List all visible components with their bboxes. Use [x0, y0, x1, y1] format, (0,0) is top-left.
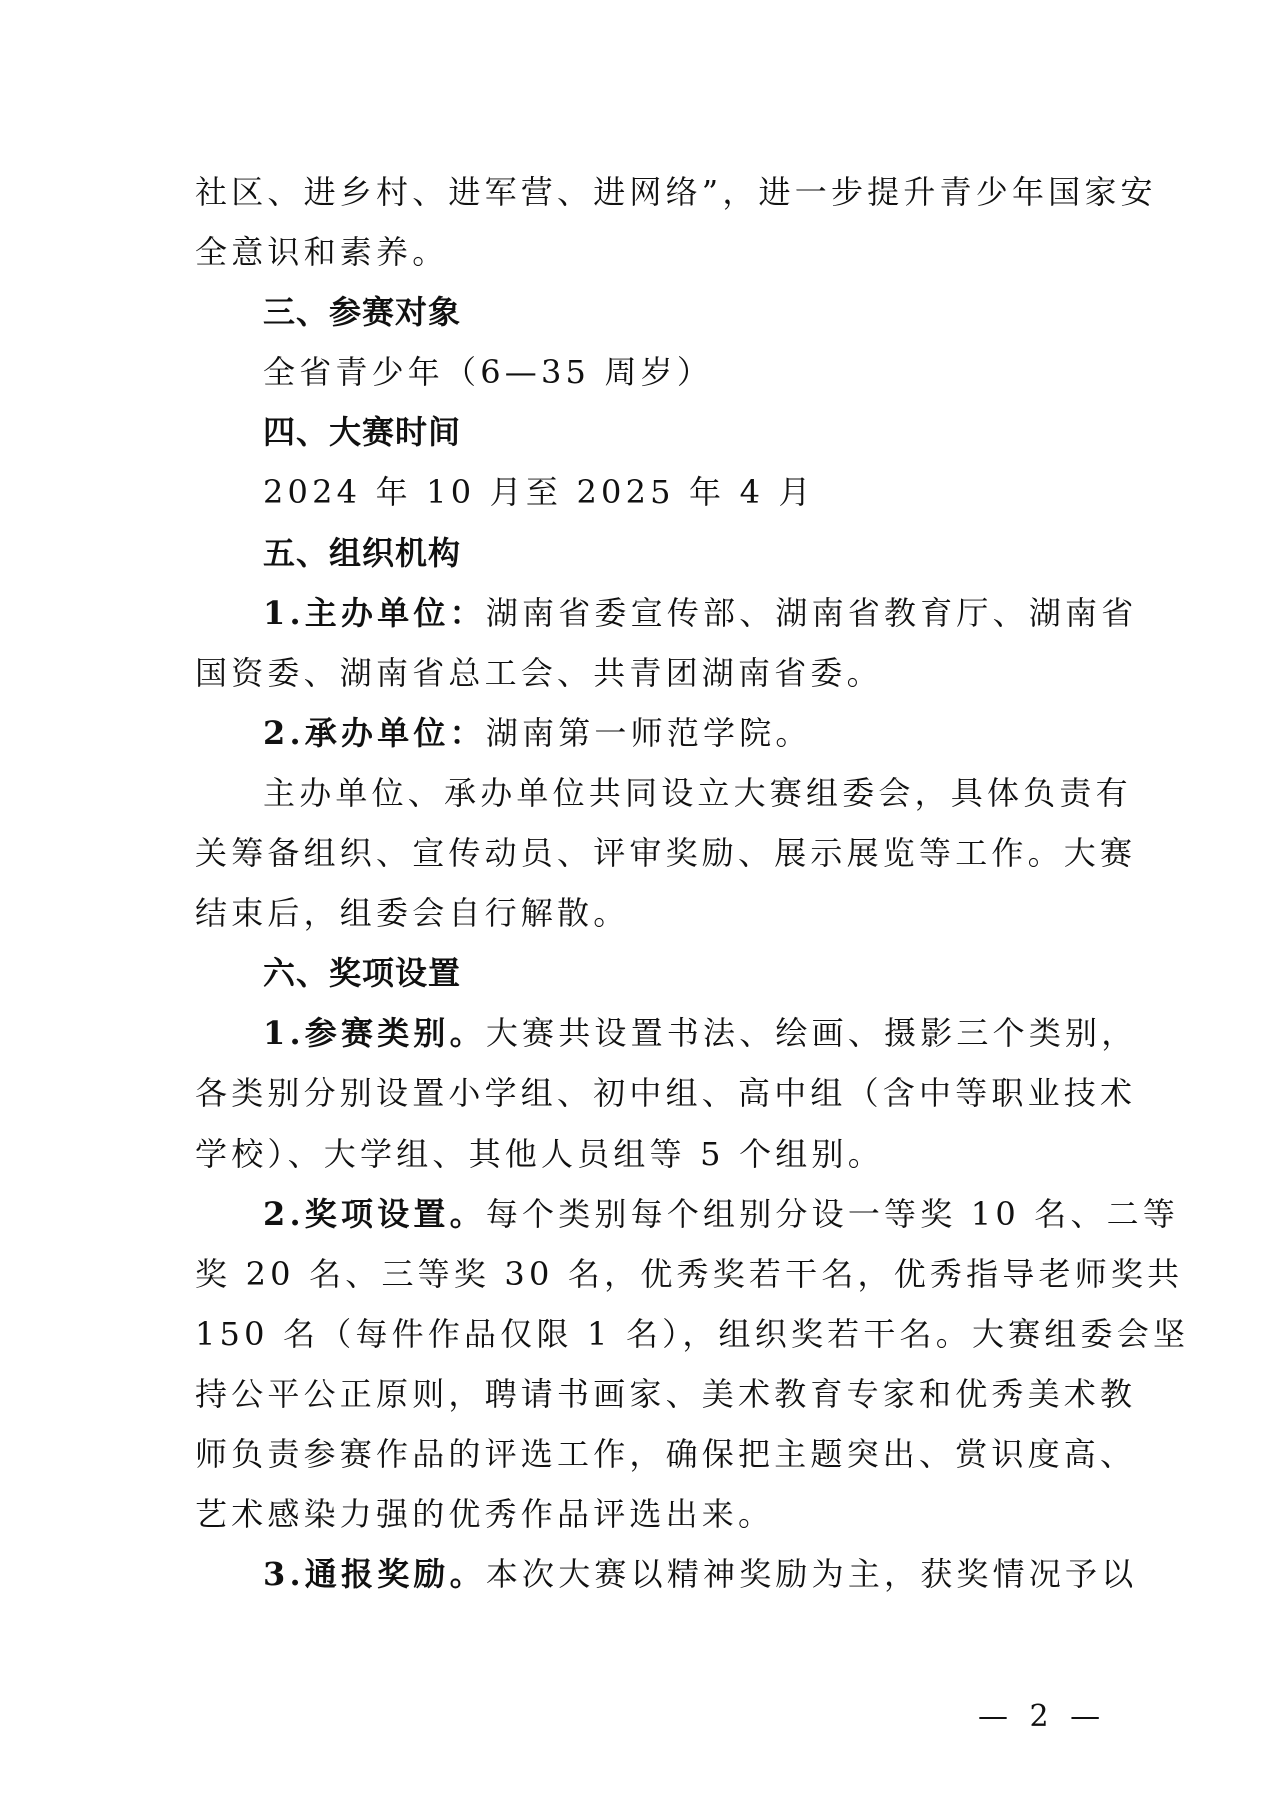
item-lead: 1.参赛类别。	[263, 1014, 486, 1052]
body-text: 2024 年 10 月至 2025 年 4 月	[263, 473, 815, 511]
document-page: 社区、进乡村、进军营、进网络”，进一步提升青少年国家安 全意识和素养。 三、参赛…	[195, 162, 1085, 1604]
body-text: 学校）、大学组、其他人员组等 5 个组别。	[195, 1135, 884, 1173]
body-text: 关筹备组织、宣传动员、评审奖励、展示展览等工作。大赛	[195, 834, 1136, 872]
body-text: 本次大赛以精神奖励为主，获奖情况予以	[486, 1555, 1138, 1593]
body-text: 各类别分别设置小学组、初中组、高中组（含中等职业技术	[195, 1074, 1136, 1112]
body-line: 学校）、大学组、其他人员组等 5 个组别。	[195, 1124, 1085, 1184]
body-line: 关筹备组织、宣传动员、评审奖励、展示展览等工作。大赛	[195, 823, 1085, 883]
body-line: 师负责参赛作品的评选工作，确保把主题突出、赏识度高、	[195, 1424, 1085, 1484]
section-heading-awards: 六、奖项设置	[195, 943, 1085, 1003]
body-text: 主办单位、承办单位共同设立大赛组委会，具体负责有	[263, 774, 1132, 812]
heading-text: 六、奖项设置	[263, 954, 461, 992]
page-number: — 2 —	[978, 1697, 1088, 1737]
body-line: 1.主办单位：湖南省委宣传部、湖南省教育厅、湖南省	[195, 583, 1085, 643]
item-lead: 1.主办单位：	[263, 594, 486, 632]
heading-text: 五、组织机构	[263, 534, 461, 572]
body-text: 社区、进乡村、进军营、进网络”，进一步提升青少年国家安	[195, 173, 1157, 211]
section-heading-participants: 三、参赛对象	[195, 282, 1085, 342]
heading-text: 四、大赛时间	[263, 413, 461, 451]
body-line: 全省青少年（6—35 周岁）	[195, 342, 1085, 402]
body-text: 全意识和素养。	[195, 233, 448, 271]
body-line: 2024 年 10 月至 2025 年 4 月	[195, 462, 1085, 522]
item-lead: 2.承办单位：	[263, 714, 486, 752]
section-heading-schedule: 四、大赛时间	[195, 402, 1085, 462]
body-line: 主办单位、承办单位共同设立大赛组委会，具体负责有	[195, 763, 1085, 823]
body-text: 大赛共设置书法、绘画、摄影三个类别，	[486, 1014, 1138, 1052]
body-text: 师负责参赛作品的评选工作，确保把主题突出、赏识度高、	[195, 1435, 1136, 1473]
body-line: 各类别分别设置小学组、初中组、高中组（含中等职业技术	[195, 1063, 1085, 1123]
item-lead: 2.奖项设置。	[263, 1195, 486, 1233]
body-text: 结束后，组委会自行解散。	[195, 894, 629, 932]
body-line: 2.承办单位：湖南第一师范学院。	[195, 703, 1085, 763]
body-text: 全省青少年（6—35 周岁）	[263, 353, 713, 391]
body-text: 湖南省委宣传部、湖南省教育厅、湖南省	[486, 594, 1138, 632]
body-line: 国资委、湖南省总工会、共青团湖南省委。	[195, 643, 1085, 703]
body-line: 社区、进乡村、进军营、进网络”，进一步提升青少年国家安	[195, 162, 1085, 222]
body-text: 艺术感染力强的优秀作品评选出来。	[195, 1495, 774, 1533]
body-line: 全意识和素养。	[195, 222, 1085, 282]
body-line: 1.参赛类别。大赛共设置书法、绘画、摄影三个类别，	[195, 1003, 1085, 1063]
body-text: 湖南第一师范学院。	[486, 714, 812, 752]
body-text: 150 名（每件作品仅限 1 名），组织奖若干名。大赛组委会坚	[195, 1315, 1189, 1353]
body-line: 奖 20 名、三等奖 30 名，优秀奖若干名，优秀指导老师奖共	[195, 1244, 1085, 1304]
body-line: 结束后，组委会自行解散。	[195, 883, 1085, 943]
body-text: 国资委、湖南省总工会、共青团湖南省委。	[195, 654, 883, 692]
body-line: 持公平公正原则，聘请书画家、美术教育专家和优秀美术教	[195, 1364, 1085, 1424]
section-heading-organization: 五、组织机构	[195, 523, 1085, 583]
body-text: 持公平公正原则，聘请书画家、美术教育专家和优秀美术教	[195, 1375, 1136, 1413]
body-text: 每个类别每个组别分设一等奖 10 名、二等	[486, 1195, 1179, 1233]
body-text: 奖 20 名、三等奖 30 名，优秀奖若干名，优秀指导老师奖共	[195, 1255, 1183, 1293]
body-line: 3.通报奖励。本次大赛以精神奖励为主，获奖情况予以	[195, 1544, 1085, 1604]
body-line: 2.奖项设置。每个类别每个组别分设一等奖 10 名、二等	[195, 1184, 1085, 1244]
body-line: 艺术感染力强的优秀作品评选出来。	[195, 1484, 1085, 1544]
body-line: 150 名（每件作品仅限 1 名），组织奖若干名。大赛组委会坚	[195, 1304, 1085, 1364]
item-lead: 3.通报奖励。	[263, 1555, 486, 1593]
heading-text: 三、参赛对象	[263, 293, 461, 331]
